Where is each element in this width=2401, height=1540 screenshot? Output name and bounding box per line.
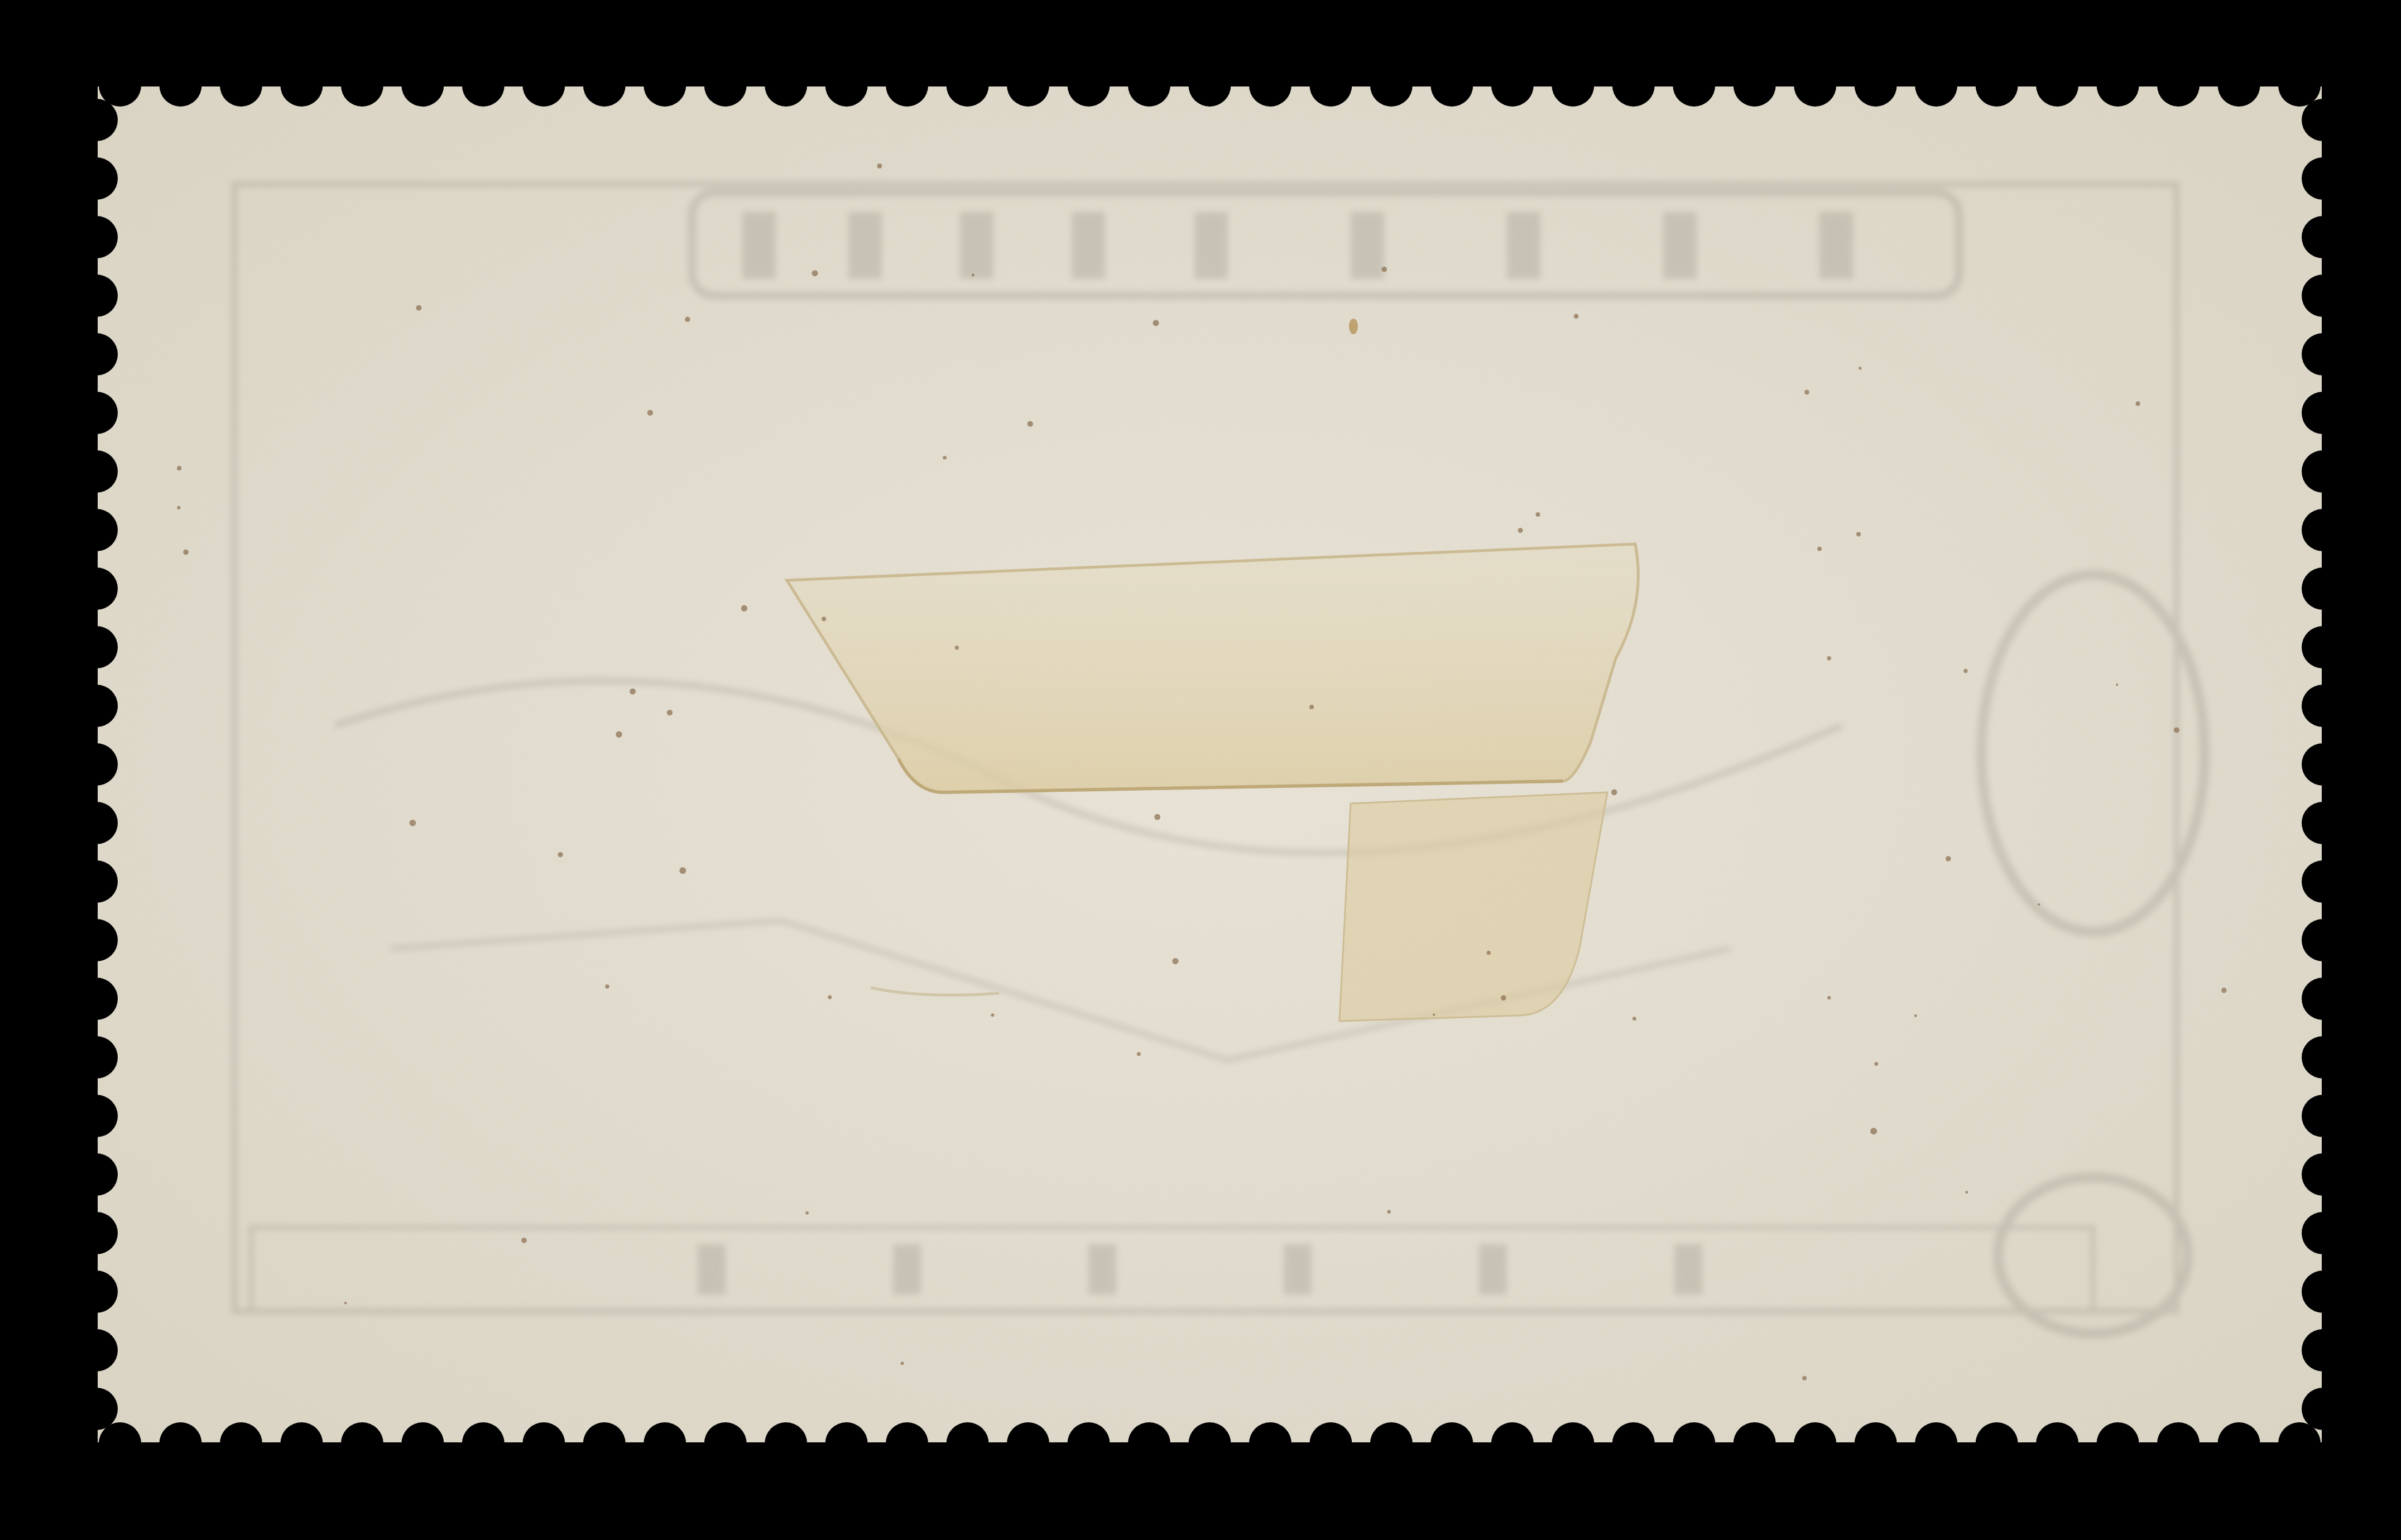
stamp-back — [0, 0, 2401, 1540]
stamp-photo-scene — [0, 0, 2401, 1540]
